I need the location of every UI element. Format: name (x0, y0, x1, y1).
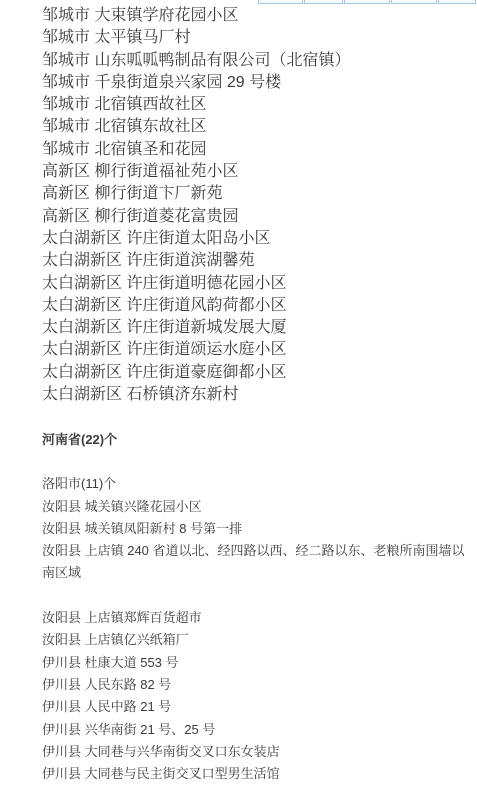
address-line: 邹城市 山东呱呱鸭制品有限公司（北宿镇） (42, 50, 466, 72)
address-line: 伊川县 兴华南街 21 号、25 号 (42, 719, 466, 741)
address-line: 太白湖新区 许庄街道风韵荷都小区 (42, 295, 466, 317)
province-header: 河南省(22)个 (42, 429, 466, 451)
blank-line (42, 451, 466, 473)
blank-line (42, 585, 466, 607)
address-line: 伊川县 杜康大道 553 号 (42, 652, 466, 674)
address-line: 太白湖新区 许庄街道颂运水庭小区 (42, 339, 466, 361)
city-header: 洛阳市(11)个 (42, 473, 466, 495)
document-page: 邹城市 大束镇学府花园小区邹城市 太平镇马厂村邹城市 山东呱呱鸭制品有限公司（北… (0, 0, 477, 791)
address-line: 太白湖新区 许庄街道豪庭御都小区 (42, 362, 466, 384)
address-line: 汝阳县 上店镇亿兴纸箱厂 (42, 629, 466, 651)
address-line: 高新区 柳行街道卞厂新苑 (42, 183, 466, 205)
address-line: 高新区 柳行街道菱花富贵园 (42, 206, 466, 228)
address-line: 伊川县 人民东路 82 号 (42, 674, 466, 696)
address-line: 邹城市 太平镇马厂村 (42, 27, 466, 49)
table-cell (304, 0, 343, 4)
address-line: 邹城市 大束镇学府花园小区 (42, 5, 466, 27)
address-line: 伊川县 大同巷与民主街交叉口型男生活馆 (42, 763, 466, 785)
address-line: 邹城市 北宿镇东故社区 (42, 116, 466, 138)
blank-line (42, 406, 466, 428)
address-line: 太白湖新区 石桥镇济东新村 (42, 384, 466, 406)
address-line: 太白湖新区 许庄街道明德花园小区 (42, 273, 466, 295)
address-line: 高新区 柳行街道福祉苑小区 (42, 161, 466, 183)
table-cell (344, 0, 390, 4)
address-line: 汝阳县 城关镇兴隆花园小区 (42, 496, 466, 518)
cropped-table-bottom-edge (258, 0, 477, 4)
address-line: 太白湖新区 许庄街道新城发展大厦 (42, 317, 466, 339)
address-line: 伊川县 大同巷与兴华南街交叉口东女装店 (42, 741, 466, 763)
table-cell (391, 0, 437, 4)
table-cell (438, 0, 476, 4)
address-line: 伊川县 人民中路 21 号 (42, 696, 466, 718)
address-line: 太白湖新区 许庄街道滨湖馨苑 (42, 250, 466, 272)
address-line: 汝阳县 上店镇郑辉百货超市 (42, 607, 466, 629)
table-cell (258, 0, 303, 4)
address-line: 汝阳县 城关镇凤阳新村 8 号第一排 (42, 518, 466, 540)
address-line: 邹城市 北宿镇圣和花园 (42, 139, 466, 161)
address-line: 邹城市 千泉街道泉兴家园 29 号楼 (42, 72, 466, 94)
address-line: 邹城市 北宿镇西故社区 (42, 94, 466, 116)
address-line: 太白湖新区 许庄街道太阳岛小区 (42, 228, 466, 250)
risk-area-list: 邹城市 大束镇学府花园小区邹城市 太平镇马厂村邹城市 山东呱呱鸭制品有限公司（北… (42, 5, 466, 785)
address-line: 汝阳县 上店镇 240 省道以北、经四路以西、经二路以东、老粮所南围墙以南区域 (42, 540, 466, 585)
